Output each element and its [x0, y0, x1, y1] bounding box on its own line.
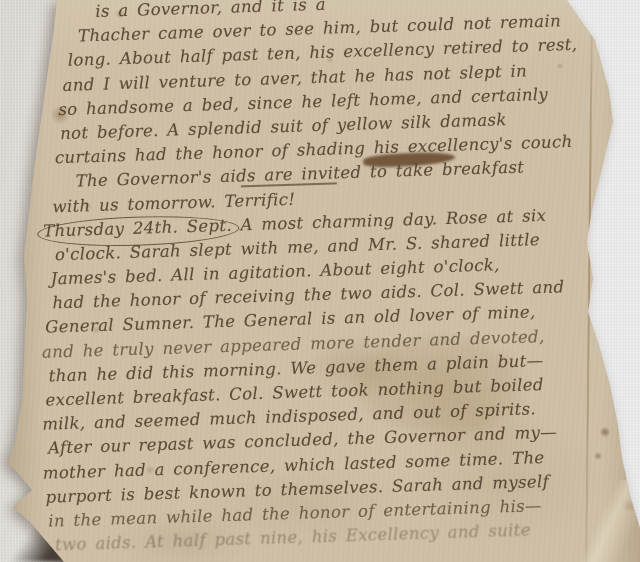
- manuscript-photo: is a Governor, and it is a Thacher came …: [0, 0, 640, 562]
- manuscript-paper: is a Governor, and it is a Thacher came …: [0, 0, 640, 562]
- handwriting-block: is a Governor, and it is a Thacher came …: [28, 0, 630, 558]
- manuscript-lines: is a Governor, and it is a Thacher came …: [28, 0, 630, 558]
- paper-wrap: is a Governor, and it is a Thacher came …: [0, 0, 640, 562]
